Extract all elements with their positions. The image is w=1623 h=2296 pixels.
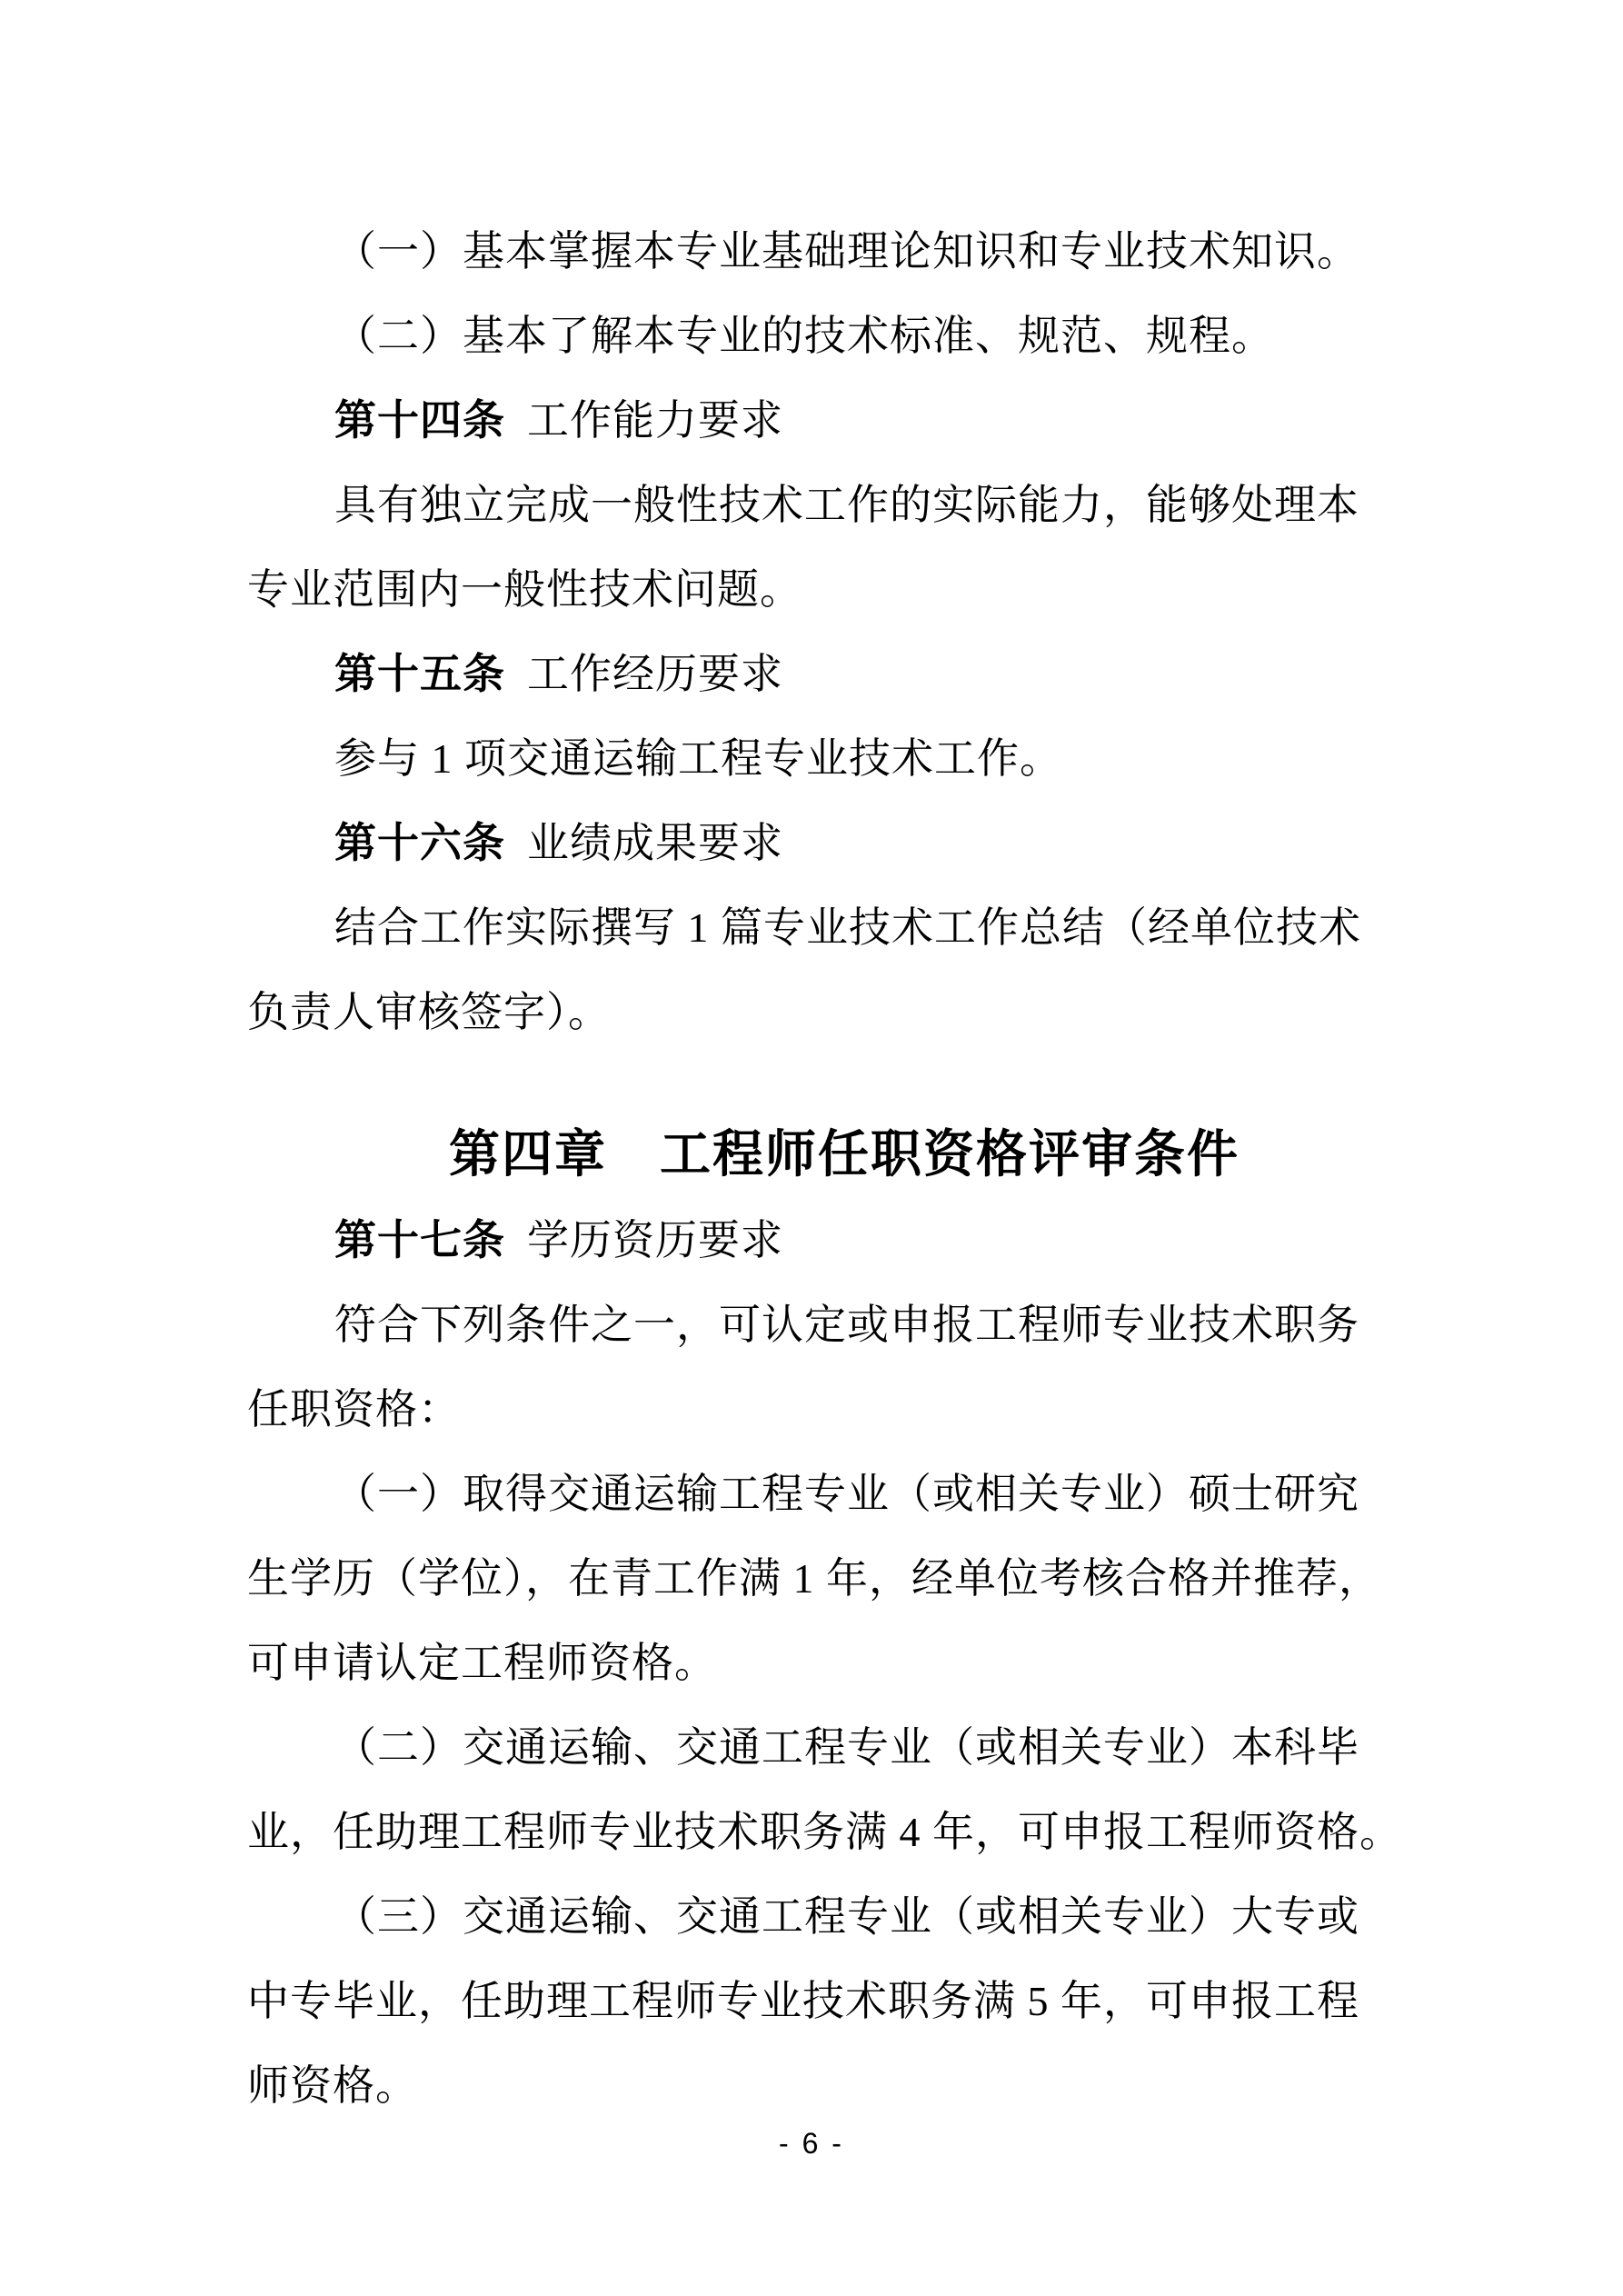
article-17-item-2-line-2: 业，任助理工程师专业技术职务满 4 年，可申报工程师资格。	[247, 1790, 1441, 1874]
article-14-body-line-1: 具有独立完成一般性技术工作的实际能力，能够处理本	[247, 463, 1441, 547]
article-17-item-1-line-2: 生学历（学位），在青工作满 1 年，经单位考核合格并推荐，	[247, 1536, 1441, 1621]
chapter-number: 第四章	[449, 1127, 607, 1183]
article-16-body-line-2: 负责人审核签字）。	[247, 970, 1441, 1054]
article-16-body-line-1: 结合工作实际撰写 1 篇专业技术工作总结（经单位技术	[247, 885, 1441, 970]
article-17-item-1-line-1: （一）取得交通运输工程专业（或相关专业）硕士研究	[247, 1452, 1441, 1536]
article-14-body-line-2: 专业范围内一般性技术问题。	[247, 547, 1441, 632]
article-17-number: 第十七条	[334, 1217, 505, 1263]
chapter-heading: 第四章工程师任职资格评审条件	[247, 1113, 1441, 1198]
article-16-number: 第十六条	[334, 820, 505, 866]
article-15-number: 第十五条	[334, 651, 505, 697]
article-14-number: 第十四条	[334, 397, 505, 444]
article-17-heading: 第十七条学历资历要求	[247, 1198, 1441, 1283]
article-15-body-line-1: 参与 1 项交通运输工程专业技术工作。	[247, 716, 1441, 801]
document-body: （一）基本掌握本专业基础理论知识和专业技术知识。 （二）基本了解本专业的技术标准…	[0, 0, 1623, 2128]
article-17-item-3-line-3: 师资格。	[247, 2043, 1441, 2128]
article-17-title: 学历资历要求	[527, 1217, 783, 1263]
article-17-item-1-line-3: 可申请认定工程师资格。	[247, 1621, 1441, 1705]
article-17-item-2-line-1: （二）交通运输、交通工程专业（或相关专业）本科毕	[247, 1705, 1441, 1790]
article-17-item-3-line-1: （三）交通运输、交通工程专业（或相关专业）大专或	[247, 1874, 1441, 1959]
article-15-heading: 第十五条工作经历要求	[247, 632, 1441, 716]
article-16-title: 业绩成果要求	[527, 820, 783, 866]
page-number: - 6 -	[0, 2127, 1623, 2161]
article-17-item-3-line-2: 中专毕业，任助理工程师专业技术职务满 5 年，可申报工程	[247, 1959, 1441, 2043]
chapter-title: 工程师任职资格评审条件	[660, 1127, 1240, 1183]
clause-item-1: （一）基本掌握本专业基础理论知识和专业技术知识。	[247, 209, 1441, 294]
article-14-heading: 第十四条工作能力要求	[247, 378, 1441, 463]
article-15-title: 工作经历要求	[527, 651, 783, 697]
article-16-heading: 第十六条业绩成果要求	[247, 801, 1441, 885]
article-17-intro-line-1: 符合下列条件之一，可认定或申报工程师专业技术职务	[247, 1283, 1441, 1367]
clause-item-2: （二）基本了解本专业的技术标准、规范、规程。	[247, 294, 1441, 378]
article-14-title: 工作能力要求	[527, 397, 783, 444]
article-17-intro-line-2: 任职资格：	[247, 1367, 1441, 1452]
document-page: （一）基本掌握本专业基础理论知识和专业技术知识。 （二）基本了解本专业的技术标准…	[0, 0, 1623, 2296]
